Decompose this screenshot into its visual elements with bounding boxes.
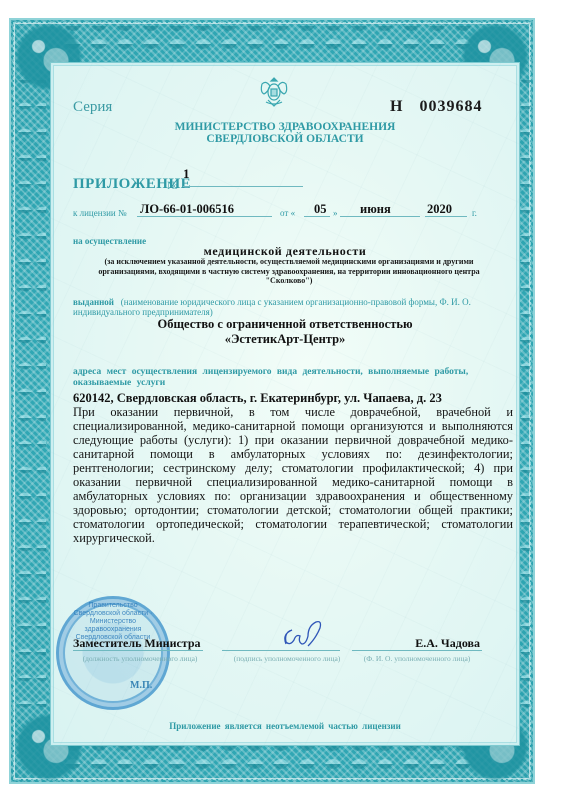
services-text: При оказании первичной, в том числе довр… <box>73 405 513 545</box>
ministry-line-1: МИНИСТЕРСТВО ЗДРАВООХРАНЕНИЯ <box>120 121 450 133</box>
year-underline <box>425 216 467 217</box>
series-number: Н0039684 <box>390 98 482 116</box>
ministry-title: МИНИСТЕРСТВО ЗДРАВООХРАНЕНИЯ СВЕРДЛОВСКО… <box>120 121 450 145</box>
name-underline <box>352 650 482 651</box>
series-letter: Н <box>390 98 403 115</box>
series-label: Серия <box>73 99 112 116</box>
handwritten-signature-icon <box>280 620 330 650</box>
organization-name: Общество с ограниченной ответственностью… <box>60 317 510 347</box>
license-month: июня <box>360 202 391 217</box>
position-underline <box>73 650 203 651</box>
from-label: от « <box>280 208 295 218</box>
address: 620142, Свердловская область, г. Екатери… <box>73 391 513 406</box>
appendix-underline <box>183 186 303 187</box>
border-ornament-left <box>16 80 46 720</box>
number-sign: № <box>167 180 178 192</box>
activity-note: (за исключением указанной деятельности, … <box>75 257 503 286</box>
issued-label: выданной (наименование юридического лица… <box>73 297 513 317</box>
issued-word: выданной <box>73 297 114 307</box>
border-ornament-top <box>60 26 480 56</box>
address-label: адреса мест осуществления лицензируемого… <box>73 367 513 388</box>
caption-position: (должность уполномоченного лица) <box>75 654 205 663</box>
ministry-line-2: СВЕРДЛОВСКОЙ ОБЛАСТИ <box>120 133 450 145</box>
license-year: 2020 <box>427 202 452 217</box>
signer-position: Заместитель Министра <box>73 636 201 651</box>
org-line-2: «ЭстетикАрт-Центр» <box>60 332 510 347</box>
signer-name: Е.А. Чадова <box>400 636 480 651</box>
month-underline <box>340 216 420 217</box>
issued-note: (наименование юридического лица с указан… <box>73 297 471 317</box>
license-day: 05 <box>314 202 327 217</box>
footer-note: Приложение является неотъемлемой частью … <box>60 721 510 731</box>
year-suffix: г. <box>472 208 477 218</box>
signature-underline <box>222 650 340 651</box>
caption-signature: (подпись уполномоченного лица) <box>222 654 352 663</box>
license-underline <box>137 216 272 217</box>
day-underline <box>304 216 330 217</box>
day-close-quote: » <box>333 208 338 218</box>
org-line-1: Общество с ограниченной ответственностью <box>60 317 510 332</box>
appendix-number: 1 <box>183 166 303 182</box>
license-number: ЛО-66-01-006516 <box>140 202 234 217</box>
border-ornament-bottom <box>60 746 480 776</box>
coat-of-arms-icon <box>254 72 294 112</box>
caption-name: (Ф. И. О. уполномоченного лица) <box>352 654 482 663</box>
license-label: к лицензии № <box>73 208 127 218</box>
stamp-place-label: М.П. <box>130 680 152 691</box>
series-digits: 0039684 <box>419 98 482 115</box>
